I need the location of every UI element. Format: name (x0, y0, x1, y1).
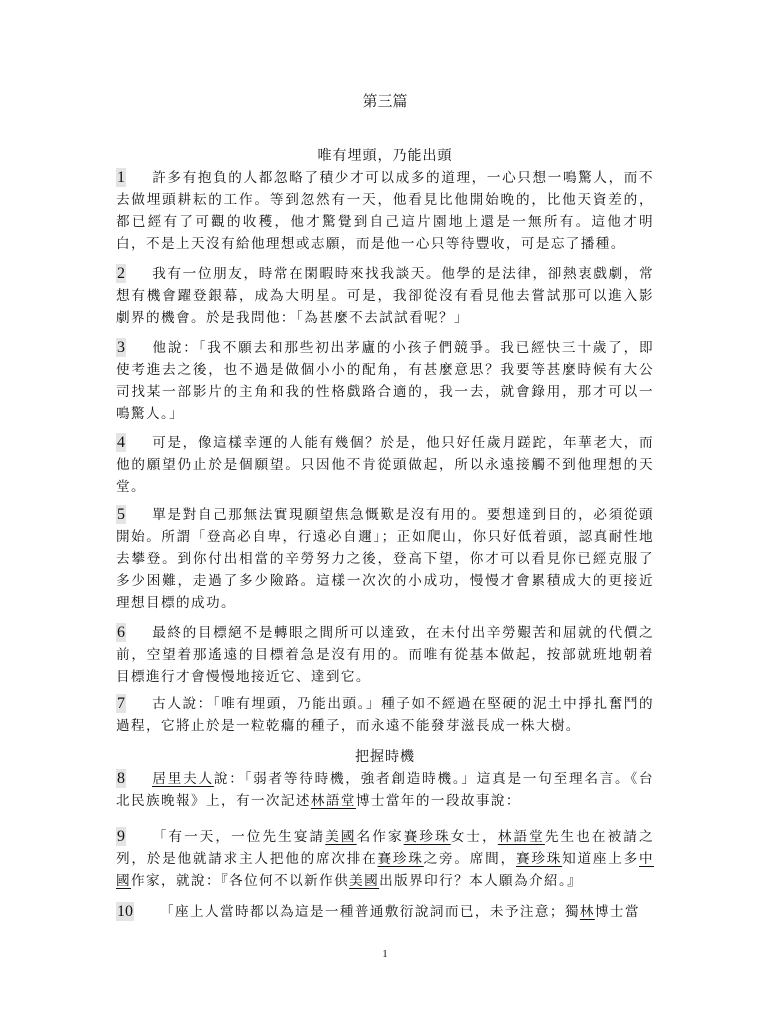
paragraph-text: 「座上人當時都以為這是一種普通敷衍說詞而已，未予注意；獨林博士當 (160, 904, 640, 920)
text-segment: 博士當 (595, 904, 640, 920)
proper-noun: 林語堂 (498, 829, 545, 845)
text-segment: 名作家 (357, 829, 404, 845)
paragraph-3: 3他說：「我不願去和那些初出茅廬的小孩子們競爭。我已經快三十歲了，即使考進去之後… (116, 337, 654, 425)
paragraph-1: 1許多有抱負的人都忽略了積少才可以成多的道理，一心只想一鳴驚人，而不去做埋頭耕耘… (116, 167, 654, 255)
text-segment: 出版界印行？本人願為介紹。』 (379, 873, 582, 889)
proper-noun: 賽珍珠 (516, 851, 562, 867)
paragraph-number: 8 (116, 769, 126, 788)
text-segment: 「有一天，一位先生宴請 (152, 829, 325, 845)
paragraph-text: 最終的目標絕不是轉眼之間所可以達致，在未付出辛勞艱苦和屈就的代價之前，空望着那遙… (116, 625, 654, 685)
paragraph-text: 可是，像這樣幸運的人能有幾個？於是，他只好任歲月蹉跎，年華老大，而他的願望仍止於… (116, 435, 654, 495)
paragraph-6: 6最終的目標絕不是轉眼之間所可以達致，在未付出辛勞艱苦和屈就的代價之前，空望着那… (116, 622, 654, 688)
chapter-title: 第三篇 (116, 90, 654, 111)
proper-noun: 美國 (349, 873, 379, 889)
paragraph-10: 10「座上人當時都以為這是一種普通敷衍說詞而已，未予注意；獨林博士當 (116, 901, 654, 923)
paragraph-text: 「有一天，一位先生宴請美國名作家賽珍珠女士，林語堂先生也在被請之列，於是他就請求… (116, 829, 654, 889)
paragraph-number: 10 (116, 902, 134, 921)
paragraph-number: 1 (116, 168, 126, 187)
paragraph-number: 7 (116, 694, 126, 713)
paragraph-number: 5 (116, 505, 126, 524)
paragraph-number: 2 (116, 264, 126, 283)
proper-noun: 居里夫人 (152, 771, 214, 787)
proper-noun: 賽珍珠 (404, 829, 451, 845)
paragraph-9: 9「有一天，一位先生宴請美國名作家賽珍珠女士，林語堂先生也在被請之列，於是他就請… (116, 826, 654, 892)
text-segment: 作家，就說：『各位何不以新作供 (131, 873, 349, 889)
text-segment: 知道座上多 (562, 851, 639, 867)
section-title-2: 把握時機 (116, 746, 654, 766)
paragraph-text: 他說：「我不願去和那些初出茅廬的小孩子們競爭。我已經快三十歲了，即使考進去之後，… (116, 340, 654, 422)
text-segment: 博士當年的一段故事說： (356, 793, 521, 809)
section-title-1: 唯有埋頭，乃能出頭 (116, 145, 654, 165)
paragraph-text: 許多有抱負的人都忽略了積少才可以成多的道理，一心只想一鳴驚人，而不去做埋頭耕耘的… (116, 170, 654, 252)
text-segment: 之旁。席間， (424, 851, 516, 867)
paragraph-text: 我有一位朋友，時常在閑暇時來找我談天。他學的是法律，卻熱衷戲劇，常想有機會躍登銀… (116, 266, 654, 326)
paragraph-2: 2我有一位朋友，時常在閑暇時來找我談天。他學的是法律，卻熱衷戲劇，常想有機會躍登… (116, 263, 654, 329)
paragraph-number: 3 (116, 338, 126, 357)
paragraph-7: 7古人說：「唯有埋頭，乃能出頭。」種子如不經過在堅硬的泥土中掙扎奮鬥的過程，它將… (116, 693, 654, 737)
text-segment: 「座上人當時都以為這是一種普通敷衍說詞而已，未予注意；獨 (160, 904, 580, 920)
paragraph-number: 4 (116, 433, 126, 452)
proper-noun: 林語堂 (311, 793, 356, 809)
page-number: 1 (116, 948, 654, 960)
paragraph-number: 6 (116, 623, 126, 642)
paragraph-text: 單是對自己那無法實現願望焦急慨歎是沒有用的。要想達到目的，必須從頭開始。所謂「登… (116, 507, 654, 611)
proper-noun: 美國 (325, 829, 356, 845)
paragraph-4: 4可是，像這樣幸運的人能有幾個？於是，他只好任歲月蹉跎，年華老大，而他的願望仍止… (116, 432, 654, 498)
proper-noun: 賽珍珠 (378, 851, 424, 867)
paragraph-text: 古人說：「唯有埋頭，乃能出頭。」種子如不經過在堅硬的泥土中掙扎奮鬥的過程，它將止… (116, 696, 654, 734)
text-segment: 女士， (451, 829, 498, 845)
paragraph-5: 5單是對自己那無法實現願望焦急慨歎是沒有用的。要想達到目的，必須從頭開始。所謂「… (116, 504, 654, 614)
proper-noun: 林 (580, 904, 595, 920)
paragraph-8: 8居里夫人說：「弱者等待時機，強者創造時機。」這真是一句至理名言。《台北民族晚報… (116, 768, 654, 812)
paragraph-number: 9 (116, 827, 126, 846)
paragraph-text: 居里夫人說：「弱者等待時機，強者創造時機。」這真是一句至理名言。《台北民族晚報》… (116, 771, 654, 809)
